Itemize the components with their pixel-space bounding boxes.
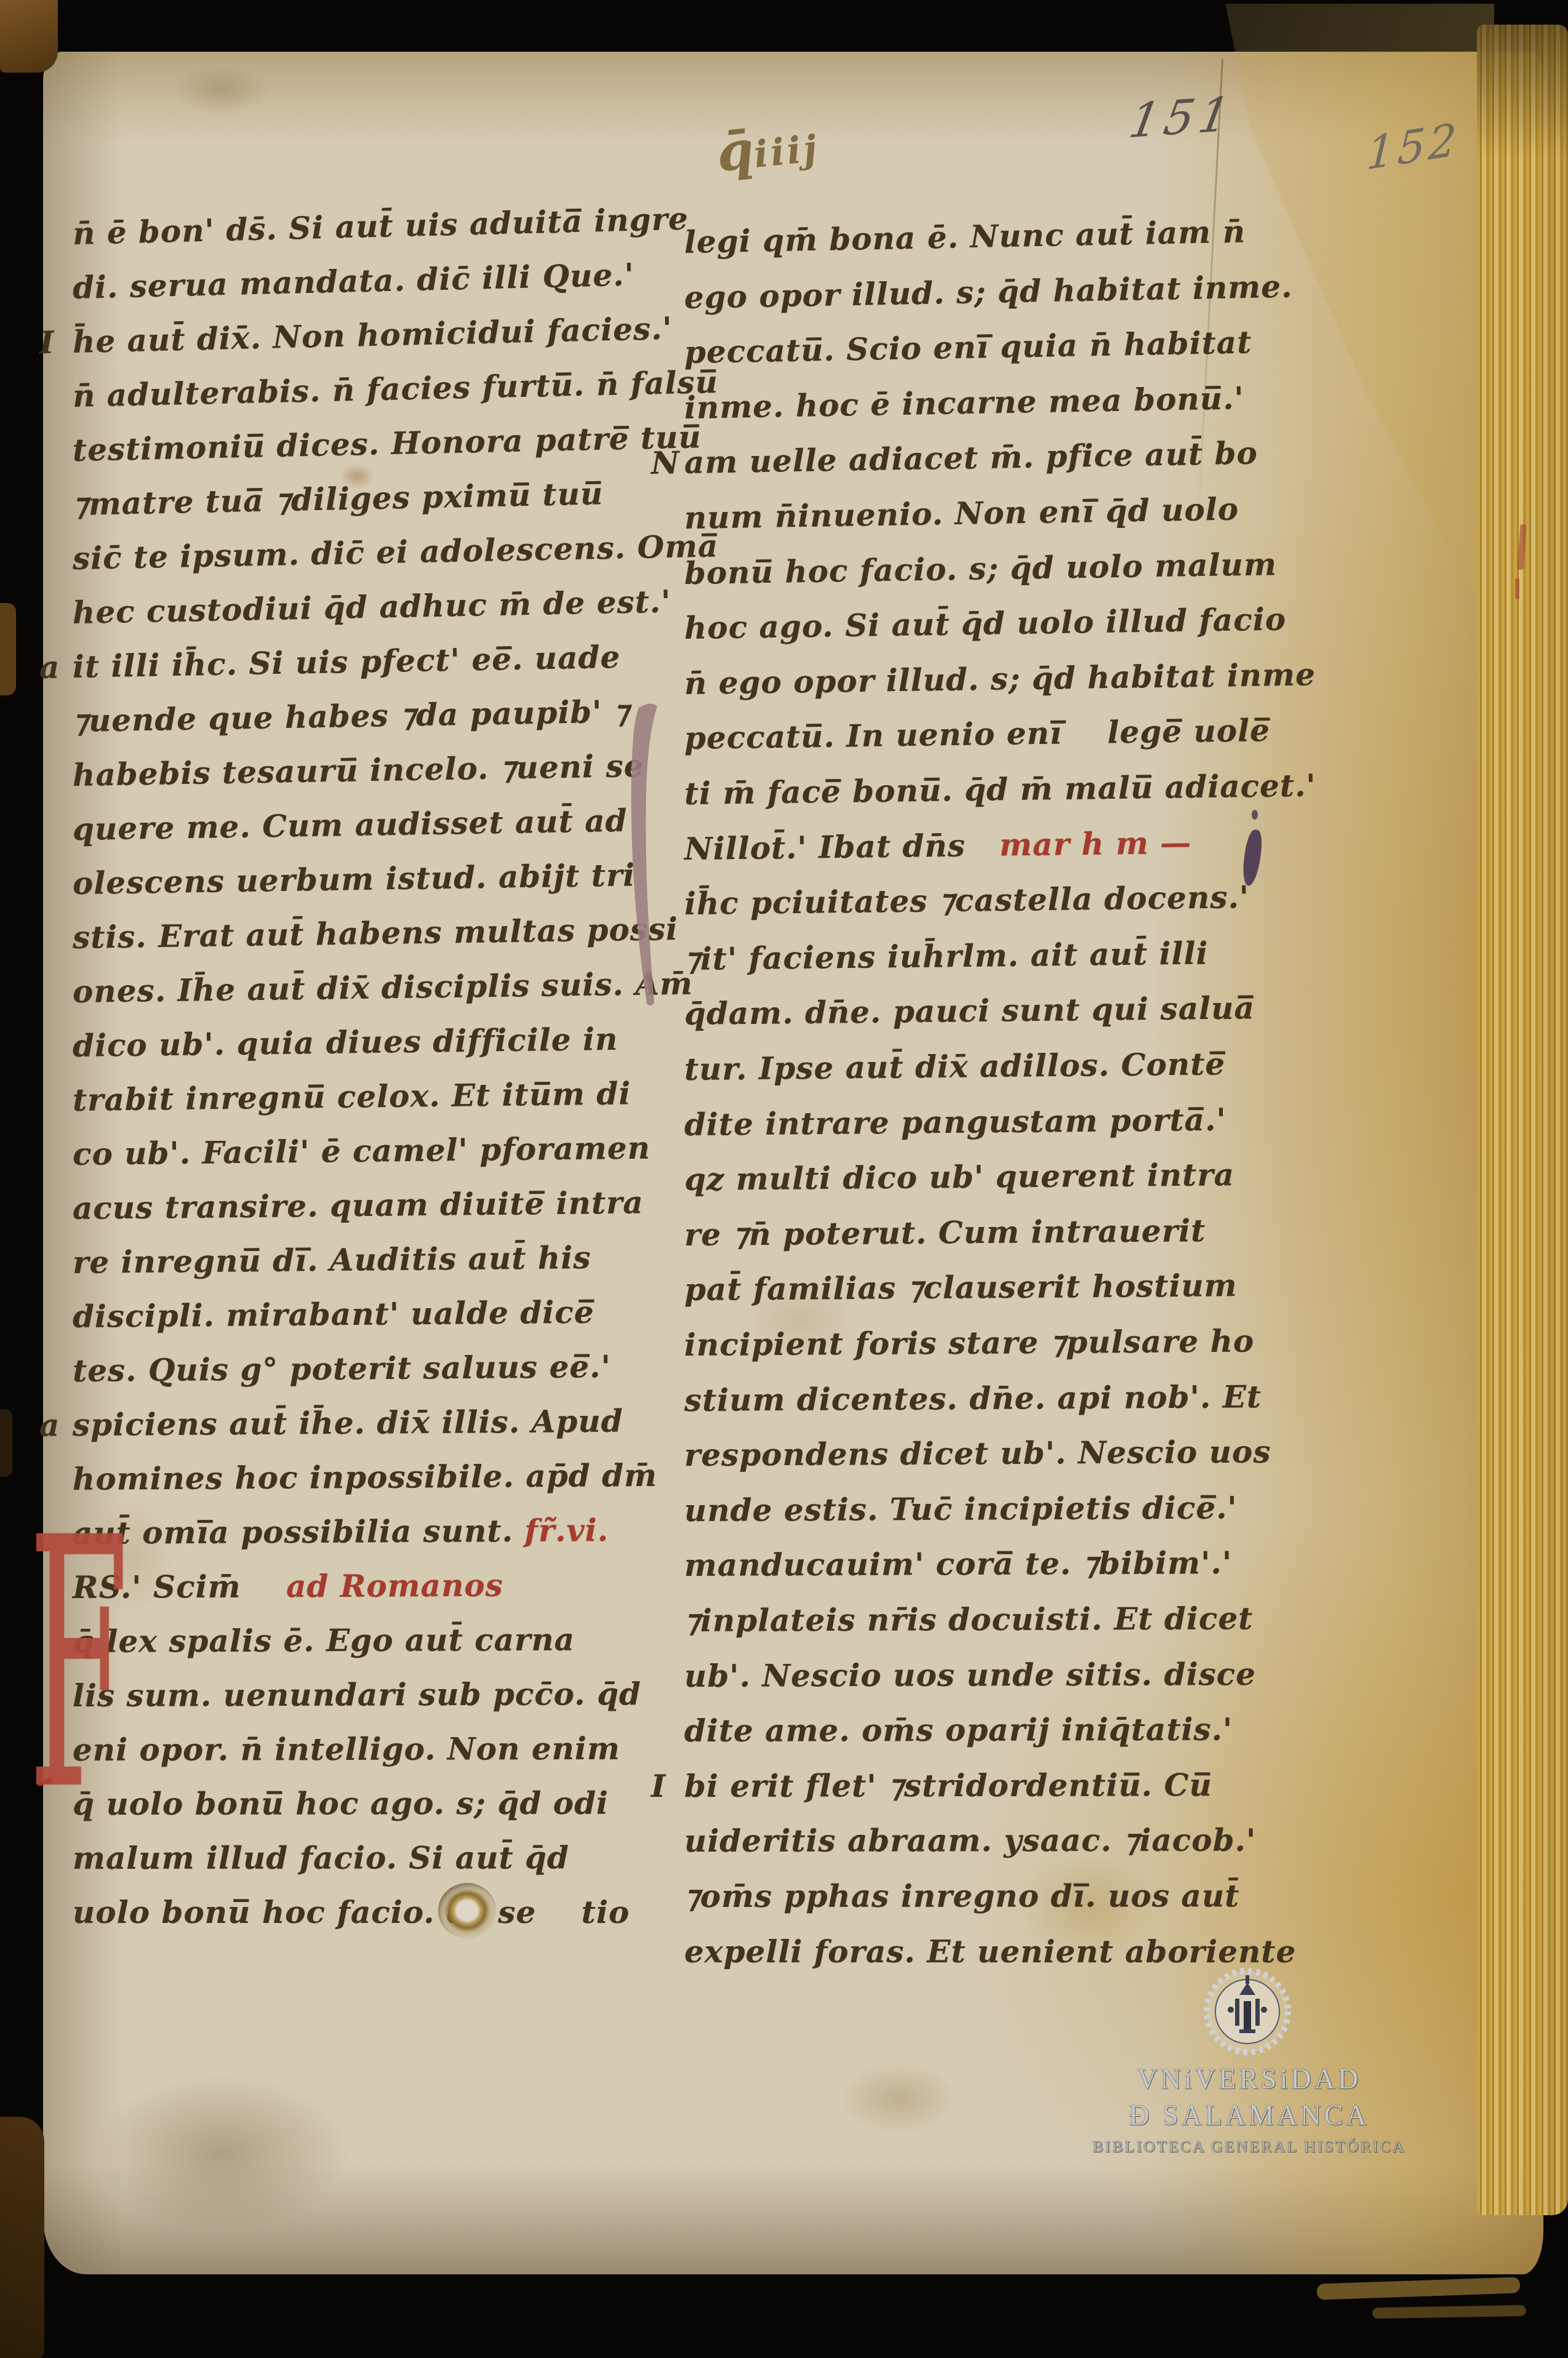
red-margin-mark [1515, 578, 1519, 599]
text-segment: q̄ lex spalis ē. Ego aut̄ carna [73, 1621, 575, 1660]
text-segment: respondens dicet ub'. Nescio uos [684, 1434, 1271, 1473]
watermark-line-3: BIBLIOTECA GENERAL HISTÓRICA [1083, 2138, 1415, 2156]
text-segment: ⁊it' faciens iuh̄rlm. ait aut̄ illi [684, 935, 1209, 977]
text-segment: qz multi dico ub' querent intra [684, 1156, 1235, 1197]
manuscript-text-line: ub'. Nescio uos unde sitis. disce [684, 1655, 1256, 1696]
manuscript-text-line: trabit inregnu̅ celox. Et itu̅m di [73, 1074, 631, 1120]
page-corner-curl [1372, 2305, 1526, 2319]
manuscript-text-line: tes. Quis g° poterit saluus ee̅.' [73, 1347, 611, 1391]
text-segment: ⁊inplateis nr̄is docuisti. Et dicet [684, 1600, 1254, 1639]
rubric-text: mar h m — [999, 824, 1192, 863]
watermark-line-1: VNiVERSiDAD [1083, 2063, 1415, 2095]
text-segment: ⁊om̄s pphas inregno di̅. uos aut̄ [684, 1877, 1239, 1914]
manuscript-text-line: Ibi erit flet' ⁊stridordentiu̅. Cu̅ [684, 1765, 1212, 1806]
manuscript-text-line: ti m̄ face̅ bonu̅. q̄d m̄ malu̅ adiacet.… [684, 766, 1316, 813]
text-segment: Nillot̄.' Ibat dn̄s [684, 826, 1000, 866]
rubric-initial-F: F [28, 1521, 85, 1810]
faded-initial-I [620, 700, 663, 1008]
manuscript-photo: q̄iiij 151 152 n̄ ē bon' ds̄. Si aut̄ ui… [0, 0, 1568, 2358]
manuscript-text-line: ⁊inplateis nr̄is docuisti. Et dicet [684, 1599, 1254, 1641]
text-segment: num n̄inuenio. Non eni̅ q̄d uolo [684, 490, 1239, 536]
manuscript-text-line: dico ub'. quia diues difficile in [73, 1020, 618, 1066]
text-segment: hoc ago. Si aut̄ q̄d uolo illud facio [684, 601, 1287, 647]
text-segment: dite ame. om̄s oparij iniq̄tatis.' [684, 1711, 1233, 1749]
manuscript-text-line: aut̄ omi̅a possibilia sunt. fr̃.vi. [73, 1511, 609, 1553]
text-segment: peccatu̅. In uenio eni̅ lege̅ uole̅ [684, 712, 1271, 756]
page-stack-fore-edge [1477, 25, 1568, 2215]
manuscript-text-line: dite intrare pangustam porta̅.' [684, 1100, 1226, 1144]
text-segment: pat̄ familias ⁊clauserit hostium [684, 1268, 1238, 1308]
text-segment: incipient foris stare ⁊pulsare ho [684, 1323, 1255, 1363]
text-segment: stium dicentes. dn̄e. api nob'. Et [684, 1378, 1262, 1418]
text-segment: manducauim' cora̅ te. ⁊bibim'.' [684, 1545, 1232, 1583]
manuscript-text-line: RS.' Scim̄ ad Romanos [73, 1566, 503, 1607]
quire-letter: q̄ [713, 119, 756, 185]
manuscript-text-line: q̄dam. dn̄e. pauci sunt qui salua̅ [684, 989, 1255, 1034]
watermark-line-2: Ð SALAMANCA [1083, 2099, 1415, 2132]
text-segment: eni opor. n̄ intelligo. Non enim [73, 1730, 620, 1768]
manuscript-text-line: tur. Ipse aut̄ dix̄ adillos. Conte̅ [684, 1044, 1226, 1089]
quire-numeral: iiij [752, 127, 822, 177]
manuscript-text-line: ones. Ih̄e aut̄ dix̄ disciplis suis. Am̄ [73, 964, 694, 1012]
text-segment: lis sum. uenundari sub pcc̄o. q̄d [73, 1676, 641, 1714]
marginal-letter: N [650, 444, 680, 484]
text-segment: bonu̅ hoc facio. s; q̄d uolo malum [684, 546, 1278, 591]
text-segment: re inregnu̅ di̅. Auditis aut̄ his [73, 1239, 591, 1281]
binding-fragment [0, 603, 16, 695]
text-segment: ih̄c pciuitates ⁊castella docens.' [684, 879, 1250, 922]
text-segment: am uelle adiacet m̄. pfice aut̄ bo [684, 435, 1258, 481]
page-corner-curl [1317, 2277, 1521, 2300]
text-segment: stis. Erat aut̄ habens multas possi [73, 911, 679, 956]
parchment-stain [818, 2049, 978, 2148]
library-watermark: VNiVERSiDAD Ð SALAMANCA BIBLIOTECA GENER… [1083, 1963, 1415, 2156]
manuscript-text-line: lis sum. uenundari sub pcc̄o. q̄d [73, 1674, 641, 1716]
manuscript-text-line: q̄ uolo bonu̅ hoc ago. s; q̄d odi [73, 1784, 609, 1824]
parchment-hole [438, 1883, 496, 1938]
manuscript-text-line: qz multi dico ub' querent intra [684, 1155, 1235, 1199]
text-segment: ones. Ih̄e aut̄ dix̄ disciplis suis. Am̄ [73, 965, 694, 1010]
text-segment: spiciens aut̄ ih̄e. dix̄ illis. Apud [73, 1403, 623, 1443]
text-segment: co ub'. Facili' ē camel' pforamen [73, 1130, 651, 1172]
manuscript-text-line: q̄ lex spalis ē. Ego aut̄ carna [73, 1620, 575, 1661]
marginal-letter: I [39, 323, 55, 363]
manuscript-text-line: stium dicentes. dn̄e. api nob'. Et [684, 1377, 1262, 1420]
manuscript-text-line: re ⁊n̄ poterut. Cum intrauerit [684, 1211, 1206, 1255]
text-segment: malum illud facio. Si aut̄ q̄d [73, 1839, 569, 1876]
text-segment: dite intrare pangustam porta̅.' [684, 1101, 1226, 1142]
manuscript-text-line: co ub'. Facili' ē camel' pforamen [73, 1129, 651, 1174]
text-segment: quere me. Cum audisset aut̄ ad [73, 802, 628, 847]
university-seal-icon [1201, 1963, 1294, 2060]
text-segment: tur. Ipse aut̄ dix̄ adillos. Conte̅ [684, 1045, 1226, 1087]
text-segment: peccatu̅. Scio eni̅ quia n̄ habitat [684, 324, 1252, 371]
manuscript-text-line: acus transire. quam diuite̅ intra [73, 1183, 644, 1228]
manuscript-text-line: olescens uerbum istud. abijt tri [73, 855, 636, 903]
quire-signature-mark: q̄iiij [698, 100, 823, 198]
text-segment: q̄dam. dn̄e. pauci sunt qui salua̅ [684, 990, 1255, 1033]
rubric-text: ad Romanos [241, 1567, 503, 1605]
text-segment: acus transire. quam diuite̅ intra [73, 1184, 644, 1226]
text-segment: bi erit flet' ⁊stridordentiu̅. Cu̅ [684, 1767, 1212, 1804]
text-segment: uideritis abraam. ysaac. ⁊iacob.' [684, 1822, 1256, 1859]
manuscript-text-line: manducauim' cora̅ te. ⁊bibim'.' [684, 1543, 1232, 1585]
text-segment: dico ub'. quia diues difficile in [73, 1021, 618, 1064]
manuscript-text-line: eni opor. n̄ intelligo. Non enim [73, 1729, 620, 1770]
text-segment: q̄ uolo bonu̅ hoc ago. s; q̄d odi [73, 1785, 609, 1822]
text-segment: trabit inregnu̅ celox. Et itu̅m di [73, 1075, 631, 1118]
text-segment: n̄ ego opor illud. s; q̄d habitat inme [684, 656, 1316, 701]
manuscript-text-line: ih̄c pciuitates ⁊castella docens.' [684, 877, 1250, 924]
text-segment: ti m̄ face̅ bonu̅. q̄d m̄ malu̅ adiacet.… [684, 767, 1316, 812]
manuscript-text-line: malum illud facio. Si aut̄ q̄d [73, 1838, 569, 1878]
text-segment: ub'. Nescio uos unde sitis. disce [684, 1656, 1256, 1694]
folio-number-151: 151 [1125, 86, 1239, 148]
ink-blot-dot [1252, 810, 1258, 820]
manuscript-text-line: ⁊it' faciens iuh̄rlm. ait aut̄ illi [684, 933, 1209, 979]
text-segment: homines hoc inpossibile. ap̄d dm̄ [73, 1457, 657, 1497]
manuscript-text-line: uolo bonu̅ hoc facio. co se tio [73, 1893, 630, 1932]
text-segment: re ⁊n̄ poterut. Cum intrauerit [684, 1212, 1206, 1253]
manuscript-text-line: pat̄ familias ⁊clauserit hostium [684, 1266, 1238, 1310]
marginal-letter: a [39, 1405, 60, 1445]
text-segment: it illi ih̄c. Si uis pfect' ee̅. uade [72, 639, 620, 685]
manuscript-text-line: incipient foris stare ⁊pulsare ho [684, 1322, 1255, 1365]
manuscript-text-line: peccatu̅. In uenio eni̅ lege̅ uole̅ [684, 711, 1271, 758]
text-segment: tes. Quis g° poterit saluus ee̅.' [73, 1348, 611, 1389]
marginal-letter: I [651, 1767, 666, 1806]
manuscript-text-line: unde estis. Tuc̄ incipietis dice̅.' [684, 1488, 1238, 1530]
manuscript-text-line: dite ame. om̄s oparij iniq̄tatis.' [684, 1710, 1233, 1751]
text-segment: ⁊uende que habes ⁊da paupib' ⁊ [72, 693, 630, 739]
text-segment: aut̄ omi̅a possibilia sunt. [73, 1513, 513, 1551]
text-segment: inme. hoc ē incarne mea bonu̅.' [684, 380, 1244, 426]
marginal-letter: a [39, 647, 60, 687]
rubric-text: fr̃.vi. [513, 1512, 609, 1549]
manuscript-text-line: Nillot̄.' Ibat dn̄s mar h m — [684, 823, 1192, 868]
text-segment: unde estis. Tuc̄ incipietis dice̅.' [684, 1489, 1238, 1529]
parchment-stain [154, 55, 289, 123]
binding-fragment-bottom [0, 2117, 44, 2358]
binding-fragment-top [0, 0, 58, 73]
manuscript-text-line: discipli. mirabant' ualde dice̅ [73, 1293, 594, 1337]
manuscript-text-line: uideritis abraam. ysaac. ⁊iacob.' [684, 1821, 1256, 1861]
binding-fragment [0, 1409, 12, 1477]
manuscript-text-line: aspiciens aut̄ ih̄e. dix̄ illis. Apud [73, 1402, 623, 1445]
text-segment: uolo bonu̅ hoc facio. co se tio [73, 1894, 630, 1930]
manuscript-text-line: ⁊om̄s pphas inregno di̅. uos aut̄ [684, 1876, 1239, 1916]
manuscript-text-line: re inregnu̅ di̅. Auditis aut̄ his [73, 1238, 591, 1282]
text-segment: discipli. mirabant' ualde dice̅ [73, 1294, 594, 1335]
parchment-stain [49, 2049, 394, 2258]
text-segment: olescens uerbum istud. abijt tri [73, 857, 636, 901]
manuscript-text-line: respondens dicet ub'. Nescio uos [684, 1433, 1271, 1475]
manuscript-text-line: homines hoc inpossibile. ap̄d dm̄ [73, 1456, 657, 1499]
text-segment: habebis tesauru̅ incelo. ⁊ueni se [73, 748, 644, 793]
